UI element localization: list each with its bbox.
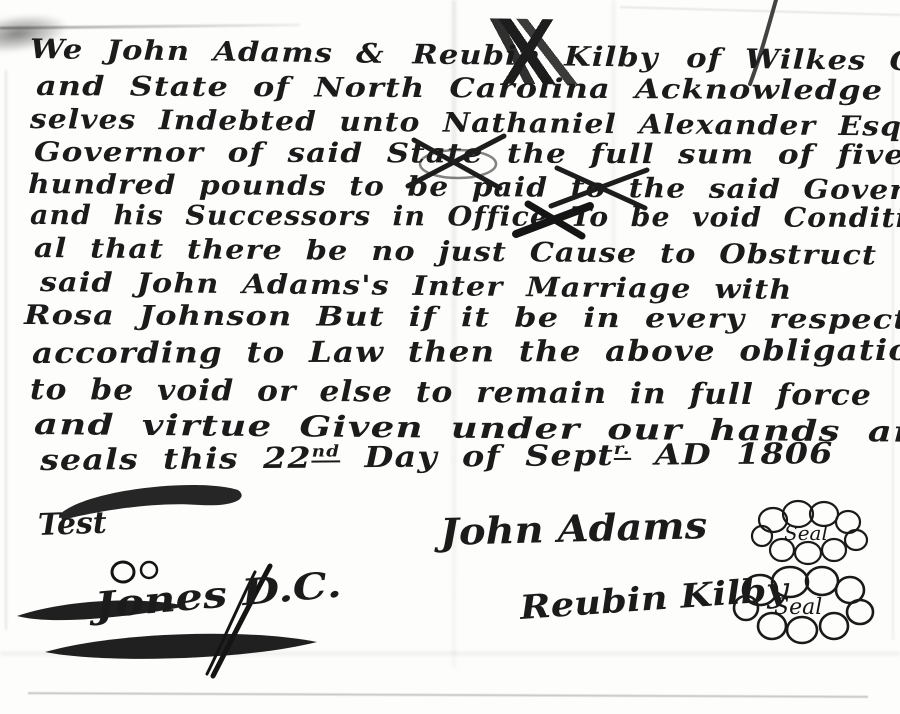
seal-word-1: Seal	[784, 521, 828, 545]
bond-line-10: according to Law then the above obligati…	[32, 333, 900, 370]
bond-line-7: al that there be no just Cause to Obstru…	[34, 233, 877, 271]
date-superscript-nd: nd	[312, 442, 341, 463]
document-scan: We John Adams & Reubin Kilby of Wilkes C…	[0, 0, 900, 714]
date-part-3: AD 1806	[655, 436, 834, 472]
bond-line-13-date: seals this 22nd Day of Septr. AD 1806	[40, 436, 834, 477]
attest-label: Test	[37, 506, 107, 543]
bond-line-6: and his Successors in Office To be void …	[30, 200, 900, 234]
ink-blot	[510, 198, 600, 243]
bond-line-1-struck-name: Reubin Kilby	[408, 39, 664, 74]
pen-stroke-top-right	[742, 0, 792, 88]
john-adams-signature: John Adams	[439, 503, 707, 554]
paper-edge-left	[5, 70, 7, 630]
bond-line-9: Rosa Johnson But if it be in every respe…	[24, 300, 900, 336]
bond-line-1-pre: We John Adams &	[30, 34, 385, 70]
bond-line-11: to be void or else to remain in full for…	[30, 372, 872, 412]
ink-crossout-mark	[400, 128, 520, 198]
seal-scribble-1: Seal	[748, 498, 883, 570]
date-part-1: seals this 22	[40, 441, 312, 477]
date-part-2: Day of Sept	[364, 438, 614, 474]
paper-edge-bottom	[28, 692, 868, 698]
date-superscript-r: r.	[614, 439, 631, 460]
bond-line-1-post: of Wilkes County	[686, 43, 900, 79]
